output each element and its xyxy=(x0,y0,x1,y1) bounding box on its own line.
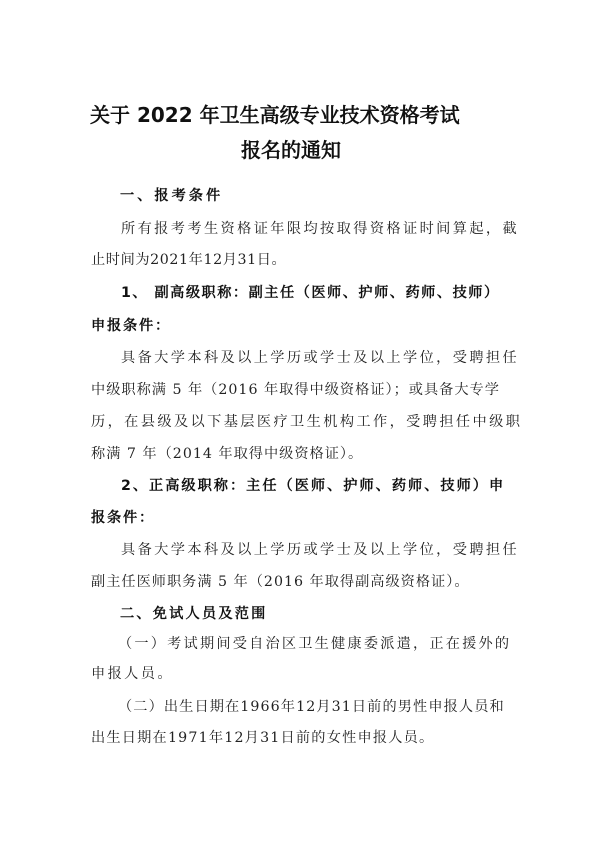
document-page: 关于 2022 年卫生高级专业技术资格考试 报名的通知 一、报考条件 所有报考考… xyxy=(0,0,595,841)
section-heading-requirements: 一、报考条件 xyxy=(120,186,504,206)
document-title-line-1: 关于 2022 年卫生高级专业技术资格考试 xyxy=(90,103,510,127)
item-heading-senior: 2、正高级职称：主任（医师、护师、药师、技师）申 xyxy=(121,476,505,496)
paragraph-line: 具备大学本科及以上学历或学士及以上学位，受聘担任 xyxy=(121,348,505,368)
paragraph-line: 所有报考考生资格证年限均按取得资格证时间算起，截 xyxy=(121,219,505,239)
item-heading-associate-senior: 1、 副高级职称：副主任（医师、护师、药师、技师） xyxy=(121,283,505,303)
item-heading-associate-senior-cont: 申报条件： xyxy=(91,316,505,336)
document-title-line-2: 报名的通知 xyxy=(241,138,595,162)
paragraph-line: 申报人员。 xyxy=(91,664,505,684)
paragraph-line: 历，在县级及以下基层医疗卫生机构工作，受聘担任中级职 xyxy=(91,412,505,432)
paragraph-line: 称满 7 年（2014 年取得中级资格证）。 xyxy=(91,444,505,464)
section-heading-exemptions: 二、免试人员及范围 xyxy=(120,604,504,624)
paragraph-line: 副主任医师职务满 5 年（2016 年取得副高级资格证）。 xyxy=(91,572,505,592)
paragraph-line: 中级职称满 5 年（2016 年取得中级资格证）；或具备大专学 xyxy=(91,380,505,400)
paragraph-line: （二）出生日期在1966年12月31日前的男性申报人员和 xyxy=(118,697,502,717)
paragraph-line: （一）考试期间受自治区卫生健康委派遣，正在援外的 xyxy=(118,634,502,654)
paragraph-line: 出生日期在1971年12月31日前的女性申报人员。 xyxy=(91,728,505,748)
paragraph-line: 具备大学本科及以上学历或学士及以上学位，受聘担任 xyxy=(121,540,505,560)
paragraph-line: 止时间为2021年12月31日。 xyxy=(91,250,505,270)
item-heading-senior-cont: 报条件： xyxy=(91,508,505,528)
